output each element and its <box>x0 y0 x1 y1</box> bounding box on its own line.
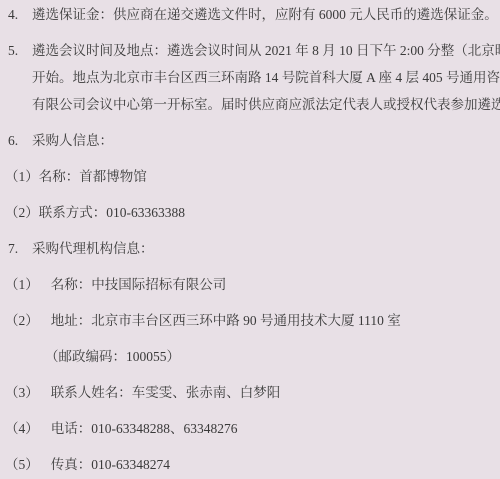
agency-fax-text: 传真：010-63348274 <box>51 451 170 478</box>
item-7-agency-info-heading: 7. 采购代理机构信息： <box>0 235 500 262</box>
purchaser-contact-row: （2） 联系方式：010-63363388 <box>0 199 500 226</box>
procurement-notice-document: 4. 遴选保证金：供应商在递交遴选文件时，应附有 6000 元人民币的遴选保证金… <box>0 0 500 479</box>
purchaser-name-row: （1） 名称：首都博物馆 <box>0 163 500 190</box>
item-5-line-1: 遴选会议时间及地点：遴选会议时间从 2021 年 8 月 10 日下午 2:00… <box>32 37 500 64</box>
item-5-text: 遴选会议时间及地点：遴选会议时间从 2021 年 8 月 10 日下午 2:00… <box>32 37 500 118</box>
agency-fax-row: （5） 传真：010-63348274 <box>0 451 500 478</box>
agency-phone-text: 电话：010-63348288、63348276 <box>51 415 238 442</box>
agency-contact-persons-row: （3） 联系人姓名：车雯雯、张赤南、白梦阳 <box>0 379 500 406</box>
item-7-title: 采购代理机构信息： <box>32 235 500 262</box>
agency-address-marker: （2） <box>5 307 39 334</box>
purchaser-contact-marker: （2） <box>5 199 39 226</box>
item-6-title: 采购人信息： <box>32 127 500 154</box>
item-6-number: 6. <box>8 127 32 154</box>
agency-name-text: 名称：中技国际招标有限公司 <box>51 271 227 298</box>
item-7-number: 7. <box>8 235 32 262</box>
agency-contact-persons-marker: （3） <box>5 379 39 406</box>
purchaser-name-marker: （1） <box>5 163 39 190</box>
purchaser-name-text: 名称：首都博物馆 <box>39 163 147 190</box>
agency-postal-code-text: （邮政编码：100055） <box>45 349 180 364</box>
item-4-text: 遴选保证金：供应商在递交遴选文件时，应附有 6000 元人民币的遴选保证金。 <box>32 1 500 28</box>
purchaser-contact-text: 联系方式：010-63363388 <box>39 199 185 226</box>
item-5-line-2: 开始。地点为北京市丰台区西三环南路 14 号院首科大厦 A 座 4 层 405 … <box>32 64 500 91</box>
item-5-meeting-time-location: 5. 遴选会议时间及地点：遴选会议时间从 2021 年 8 月 10 日下午 2… <box>0 37 500 118</box>
agency-contact-persons-text: 联系人姓名：车雯雯、张赤南、白梦阳 <box>51 379 281 406</box>
item-5-number: 5. <box>8 37 32 64</box>
agency-name-row: （1） 名称：中技国际招标有限公司 <box>0 271 500 298</box>
agency-name-marker: （1） <box>5 271 39 298</box>
agency-postal-code-row: （邮政编码：100055） <box>0 343 500 370</box>
item-4-bid-bond: 4. 遴选保证金：供应商在递交遴选文件时，应附有 6000 元人民币的遴选保证金… <box>0 1 500 28</box>
agency-fax-marker: （5） <box>5 451 39 478</box>
agency-phone-marker: （4） <box>5 415 39 442</box>
item-4-number: 4. <box>8 1 32 28</box>
item-5-line-3: 有限公司会议中心第一开标室。届时供应商应派法定代表人或授权代表参加遴选会议。 <box>32 91 500 118</box>
agency-address-text: 地址：北京市丰台区西三环中路 90 号通用技术大厦 1110 室 <box>51 307 401 334</box>
agency-phone-row: （4） 电话：010-63348288、63348276 <box>0 415 500 442</box>
agency-address-row: （2） 地址：北京市丰台区西三环中路 90 号通用技术大厦 1110 室 <box>0 307 500 334</box>
item-6-purchaser-info-heading: 6. 采购人信息： <box>0 127 500 154</box>
